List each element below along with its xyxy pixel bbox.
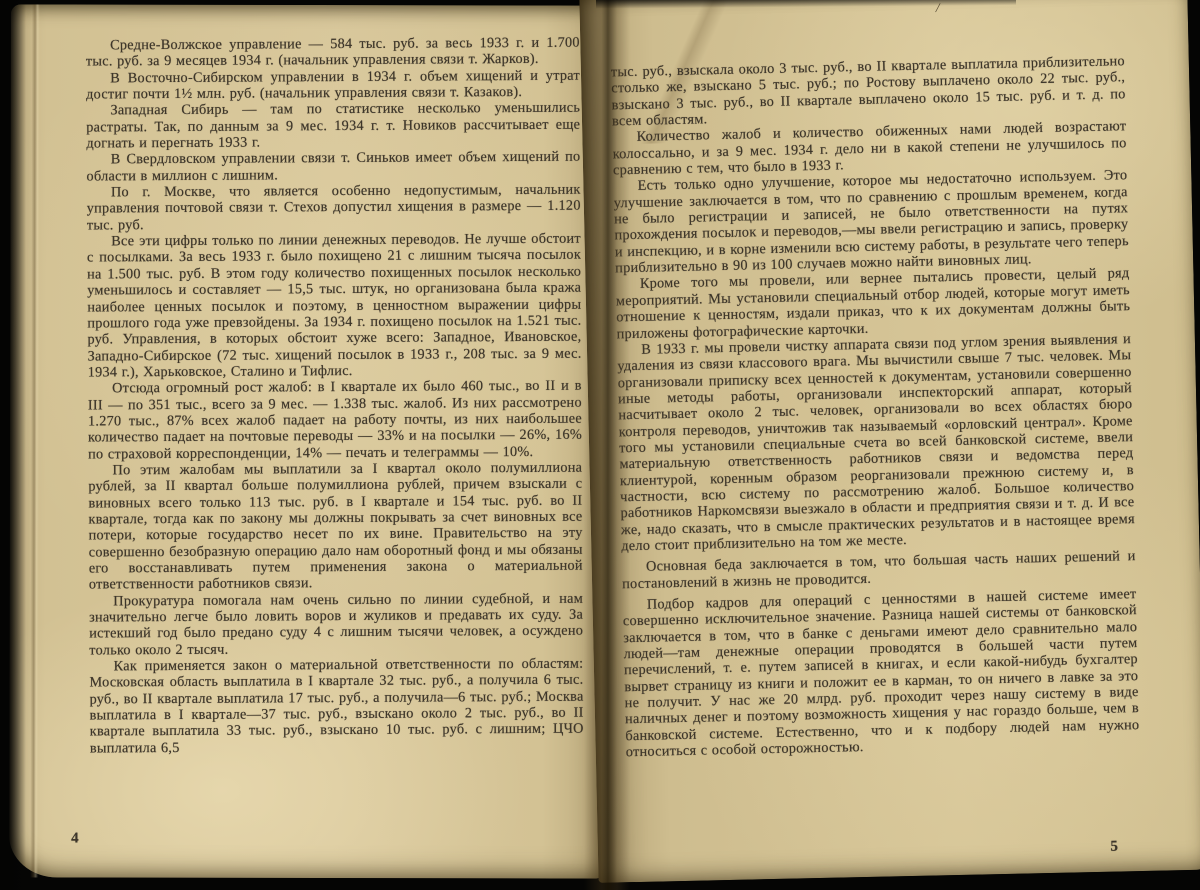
paragraph: Подбор кадров для операций с ценностями … (622, 586, 1139, 761)
page-crease (30, 4, 40, 877)
right-page-number: 5 (1110, 839, 1118, 856)
paragraph: Основная беда заключается в том, что бол… (622, 548, 1137, 592)
paragraph: тыс. руб., взыскала около 3 тыс. руб., в… (611, 53, 1126, 130)
paragraph: Есть только одно улучшение, которое мы н… (613, 168, 1129, 277)
paragraph: Западная Сибирь — там по статистике неск… (86, 100, 580, 152)
paragraph: В Восточно-Сибирском управлении в 1934 г… (86, 67, 580, 103)
paragraph: Прокуратура помогала нам очень сильно по… (89, 590, 583, 658)
paragraph: Средне-Волжское управление — 584 тыс. ру… (86, 35, 580, 71)
paragraph: По этим жалобам мы выплатили за I кварта… (88, 460, 583, 594)
right-page: / тыс. руб., взыскала около 3 тыс. руб.,… (579, 0, 1200, 883)
left-page-text-column: Средне-Волжское управление — 584 тыс. ру… (86, 35, 585, 832)
right-page-text-column: тыс. руб., взыскала около 3 тыс. руб., в… (611, 53, 1142, 864)
paragraph: В Свердловском управлении связи т. Синьк… (86, 149, 580, 185)
paragraph: Отсюда огромный рост жалоб: в I квартале… (88, 378, 582, 463)
stray-ink-mark: / (934, 1, 940, 17)
paragraph: Кроме того мы провели, или вернее пытали… (615, 266, 1130, 343)
paragraph: Все эти цифры только по линии денежных п… (87, 231, 582, 381)
paragraph: По г. Москве, что является особенно недо… (87, 182, 581, 234)
left-page-number: 4 (71, 831, 79, 848)
book-spread-photo: Средне-Волжское управление — 584 тыс. ру… (0, 0, 1200, 890)
left-page: Средне-Волжское управление — 584 тыс. ру… (9, 4, 603, 878)
paragraph: В 1933 г. мы провели чистку аппарата свя… (617, 331, 1136, 555)
paragraph: Как применяется закон о материальной отв… (89, 656, 584, 757)
